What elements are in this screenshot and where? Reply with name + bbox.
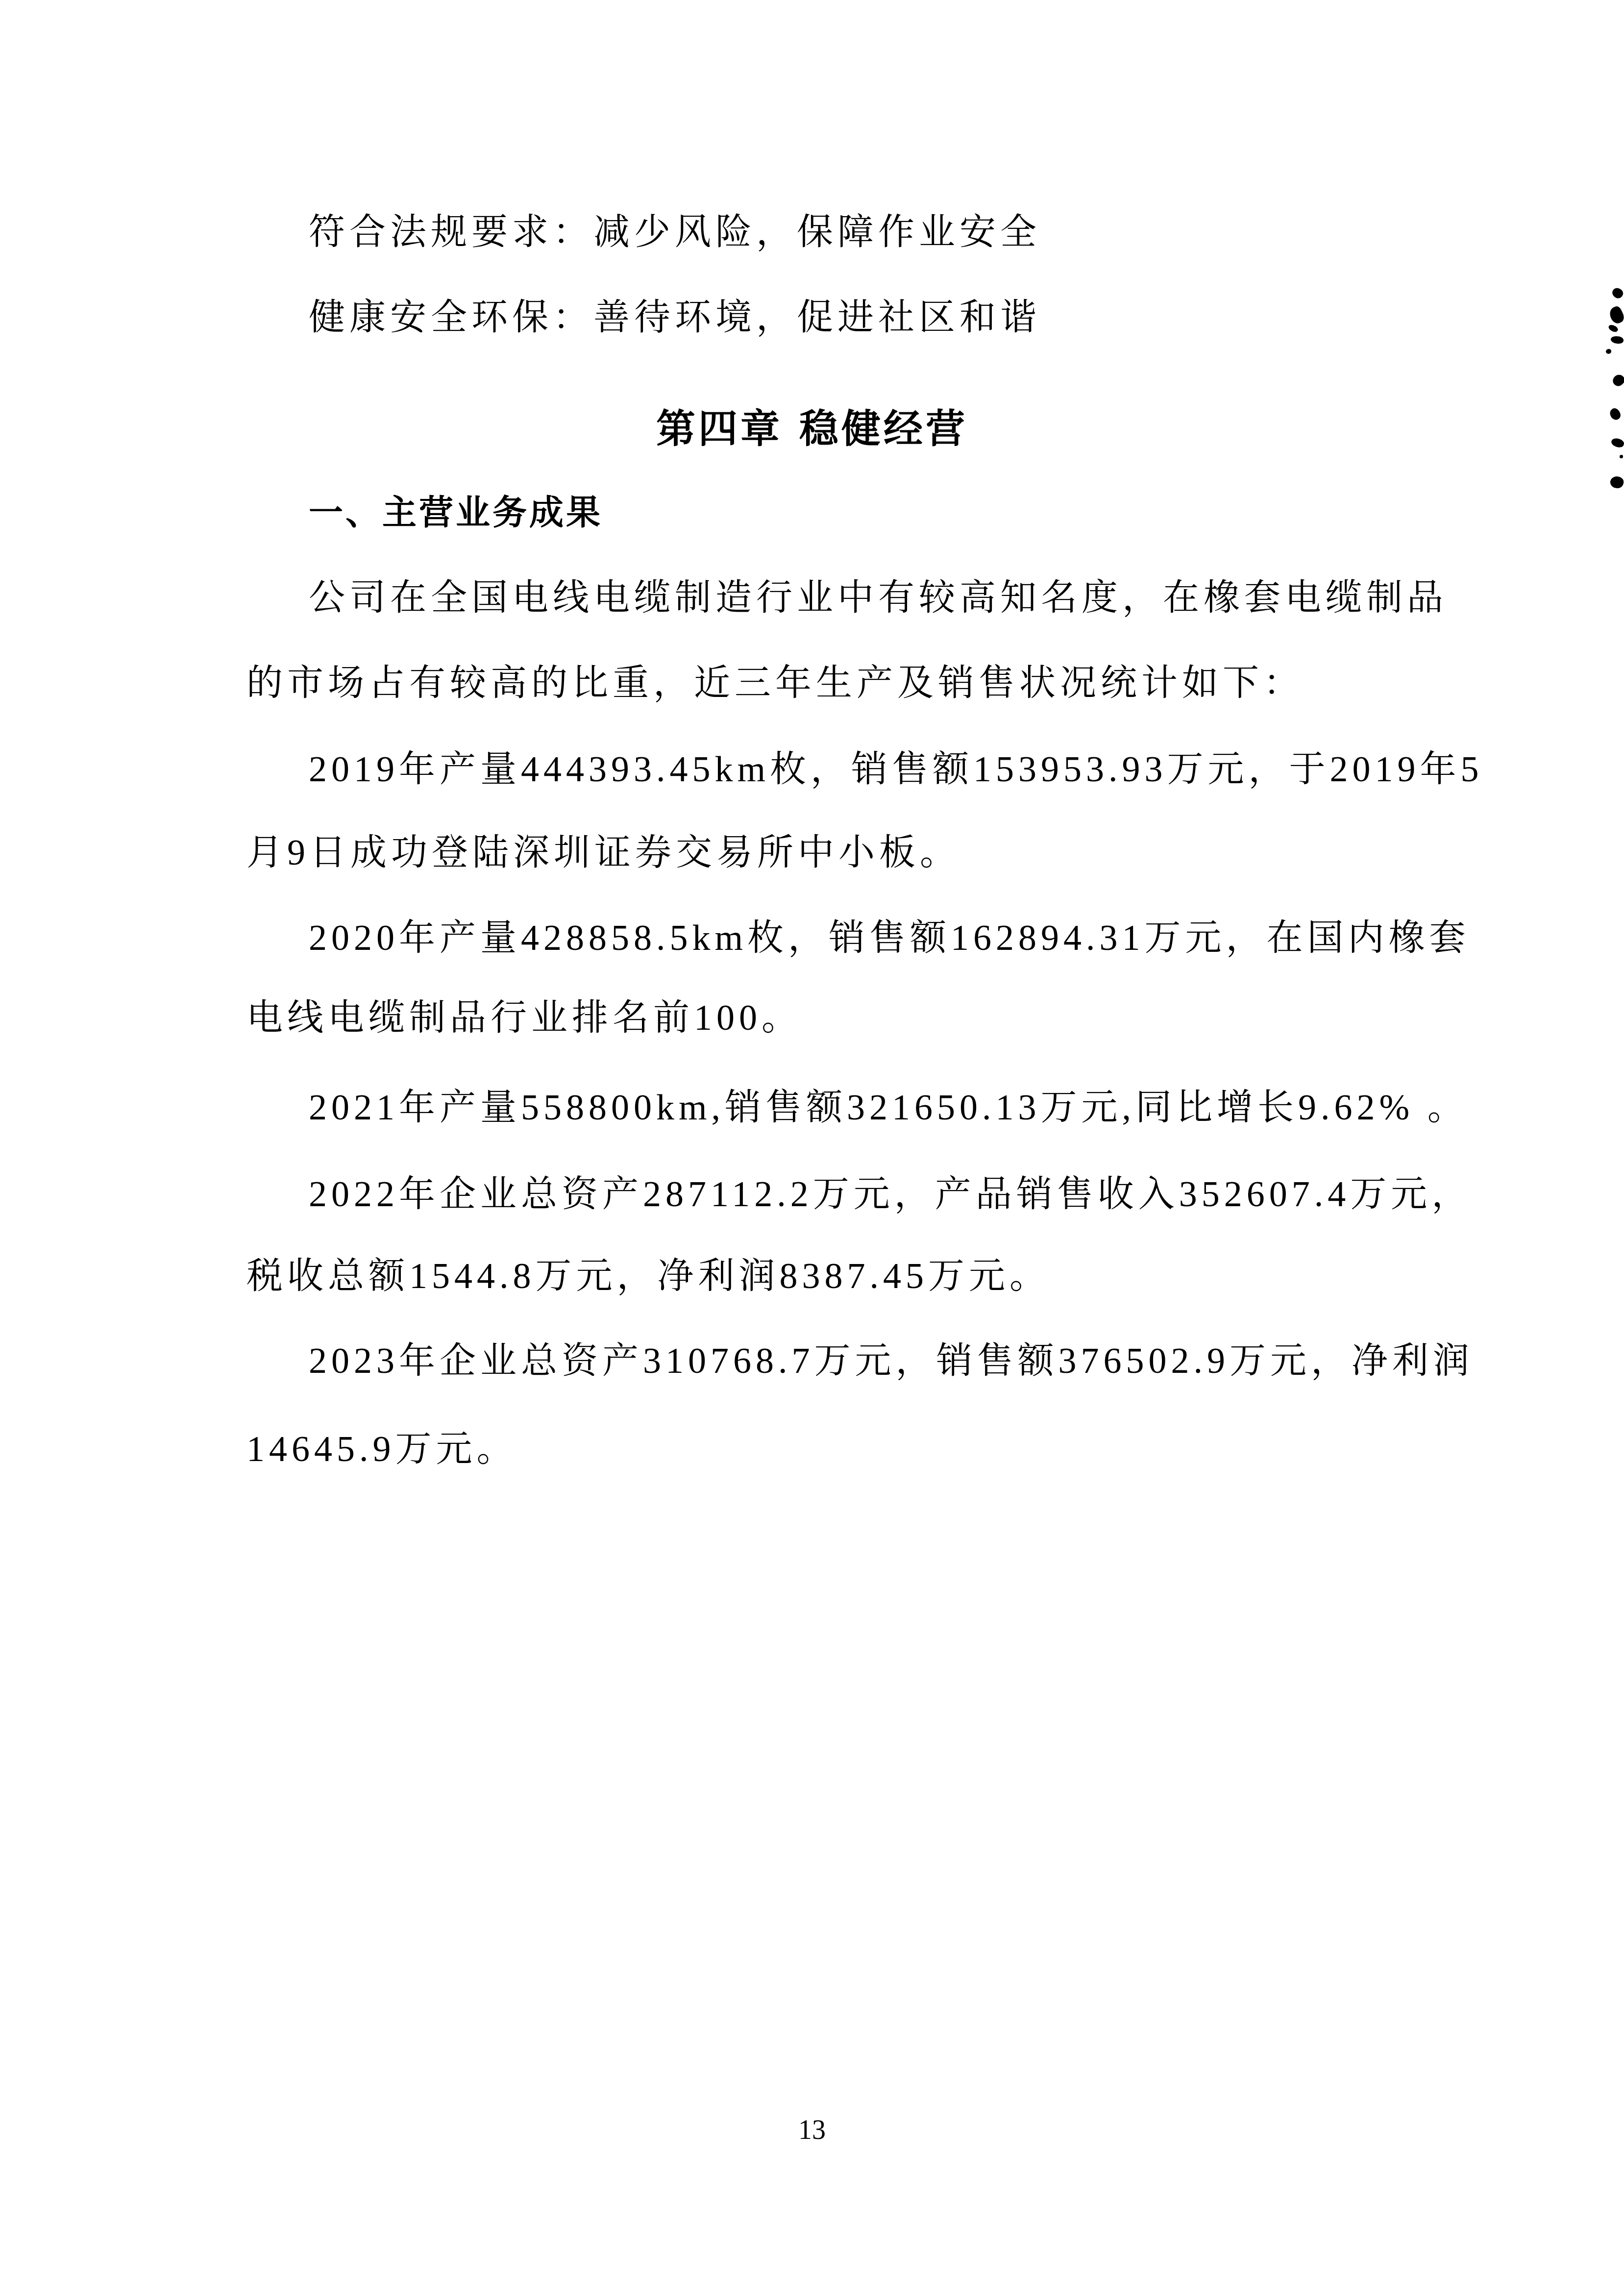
body-line: 电线电缆制品行业排名前100。 <box>246 1000 802 1036</box>
scan-smudge-icon <box>1611 372 1624 389</box>
document-page: 符合法规要求：减少风险，保障作业安全 健康安全环保：善待环境，促进社区和谐 第四… <box>0 0 1624 2282</box>
body-line: 的市场占有较高的比重，近三年生产及销售状况统计如下： <box>246 665 1304 701</box>
body-line: 2022年企业总资产287112.2万元，产品销售收入352607.4万元， <box>309 1176 1472 1213</box>
section-heading: 一、主营业务成果 <box>309 496 603 530</box>
body-line: 2019年产量444393.45km枚，销售额153953.93万元，于2019… <box>309 751 1483 788</box>
body-line: 2020年产量428858.5km枚，销售额162894.31万元，在国内橡套 <box>309 920 1470 956</box>
chapter-heading: 第四章 稳健经营 <box>0 409 1624 448</box>
scan-smudge-icon <box>1607 323 1619 333</box>
body-line: 2023年企业总资产310768.7万元，销售额376502.9万元，净利润 <box>309 1343 1474 1379</box>
body-line: 健康安全环保：善待环境，促进社区和谐 <box>309 299 1041 336</box>
scan-smudge-icon <box>1610 335 1624 344</box>
scan-smudge-icon <box>1606 349 1611 354</box>
scan-smudge-icon <box>1620 455 1623 458</box>
page-number: 13 <box>0 2116 1624 2144</box>
scan-smudge-icon <box>1610 286 1624 300</box>
body-line: 符合法规要求：减少风险，保障作业安全 <box>309 214 1041 250</box>
body-line: 月9日成功登陆深圳证券交易所中小板。 <box>246 835 960 871</box>
scan-smudge-icon <box>1607 305 1624 325</box>
scan-smudge-icon <box>1609 475 1624 489</box>
body-line: 14645.9万元。 <box>246 1431 517 1467</box>
body-line: 税收总额1544.8万元，净利润8387.45万元。 <box>246 1258 1050 1294</box>
body-line: 2021年产量558800km,销售额321650.13万元,同比增长9.62%… <box>309 1090 1468 1126</box>
body-line: 公司在全国电线电缆制造行业中有较高知名度，在橡套电缆制品 <box>309 580 1448 616</box>
